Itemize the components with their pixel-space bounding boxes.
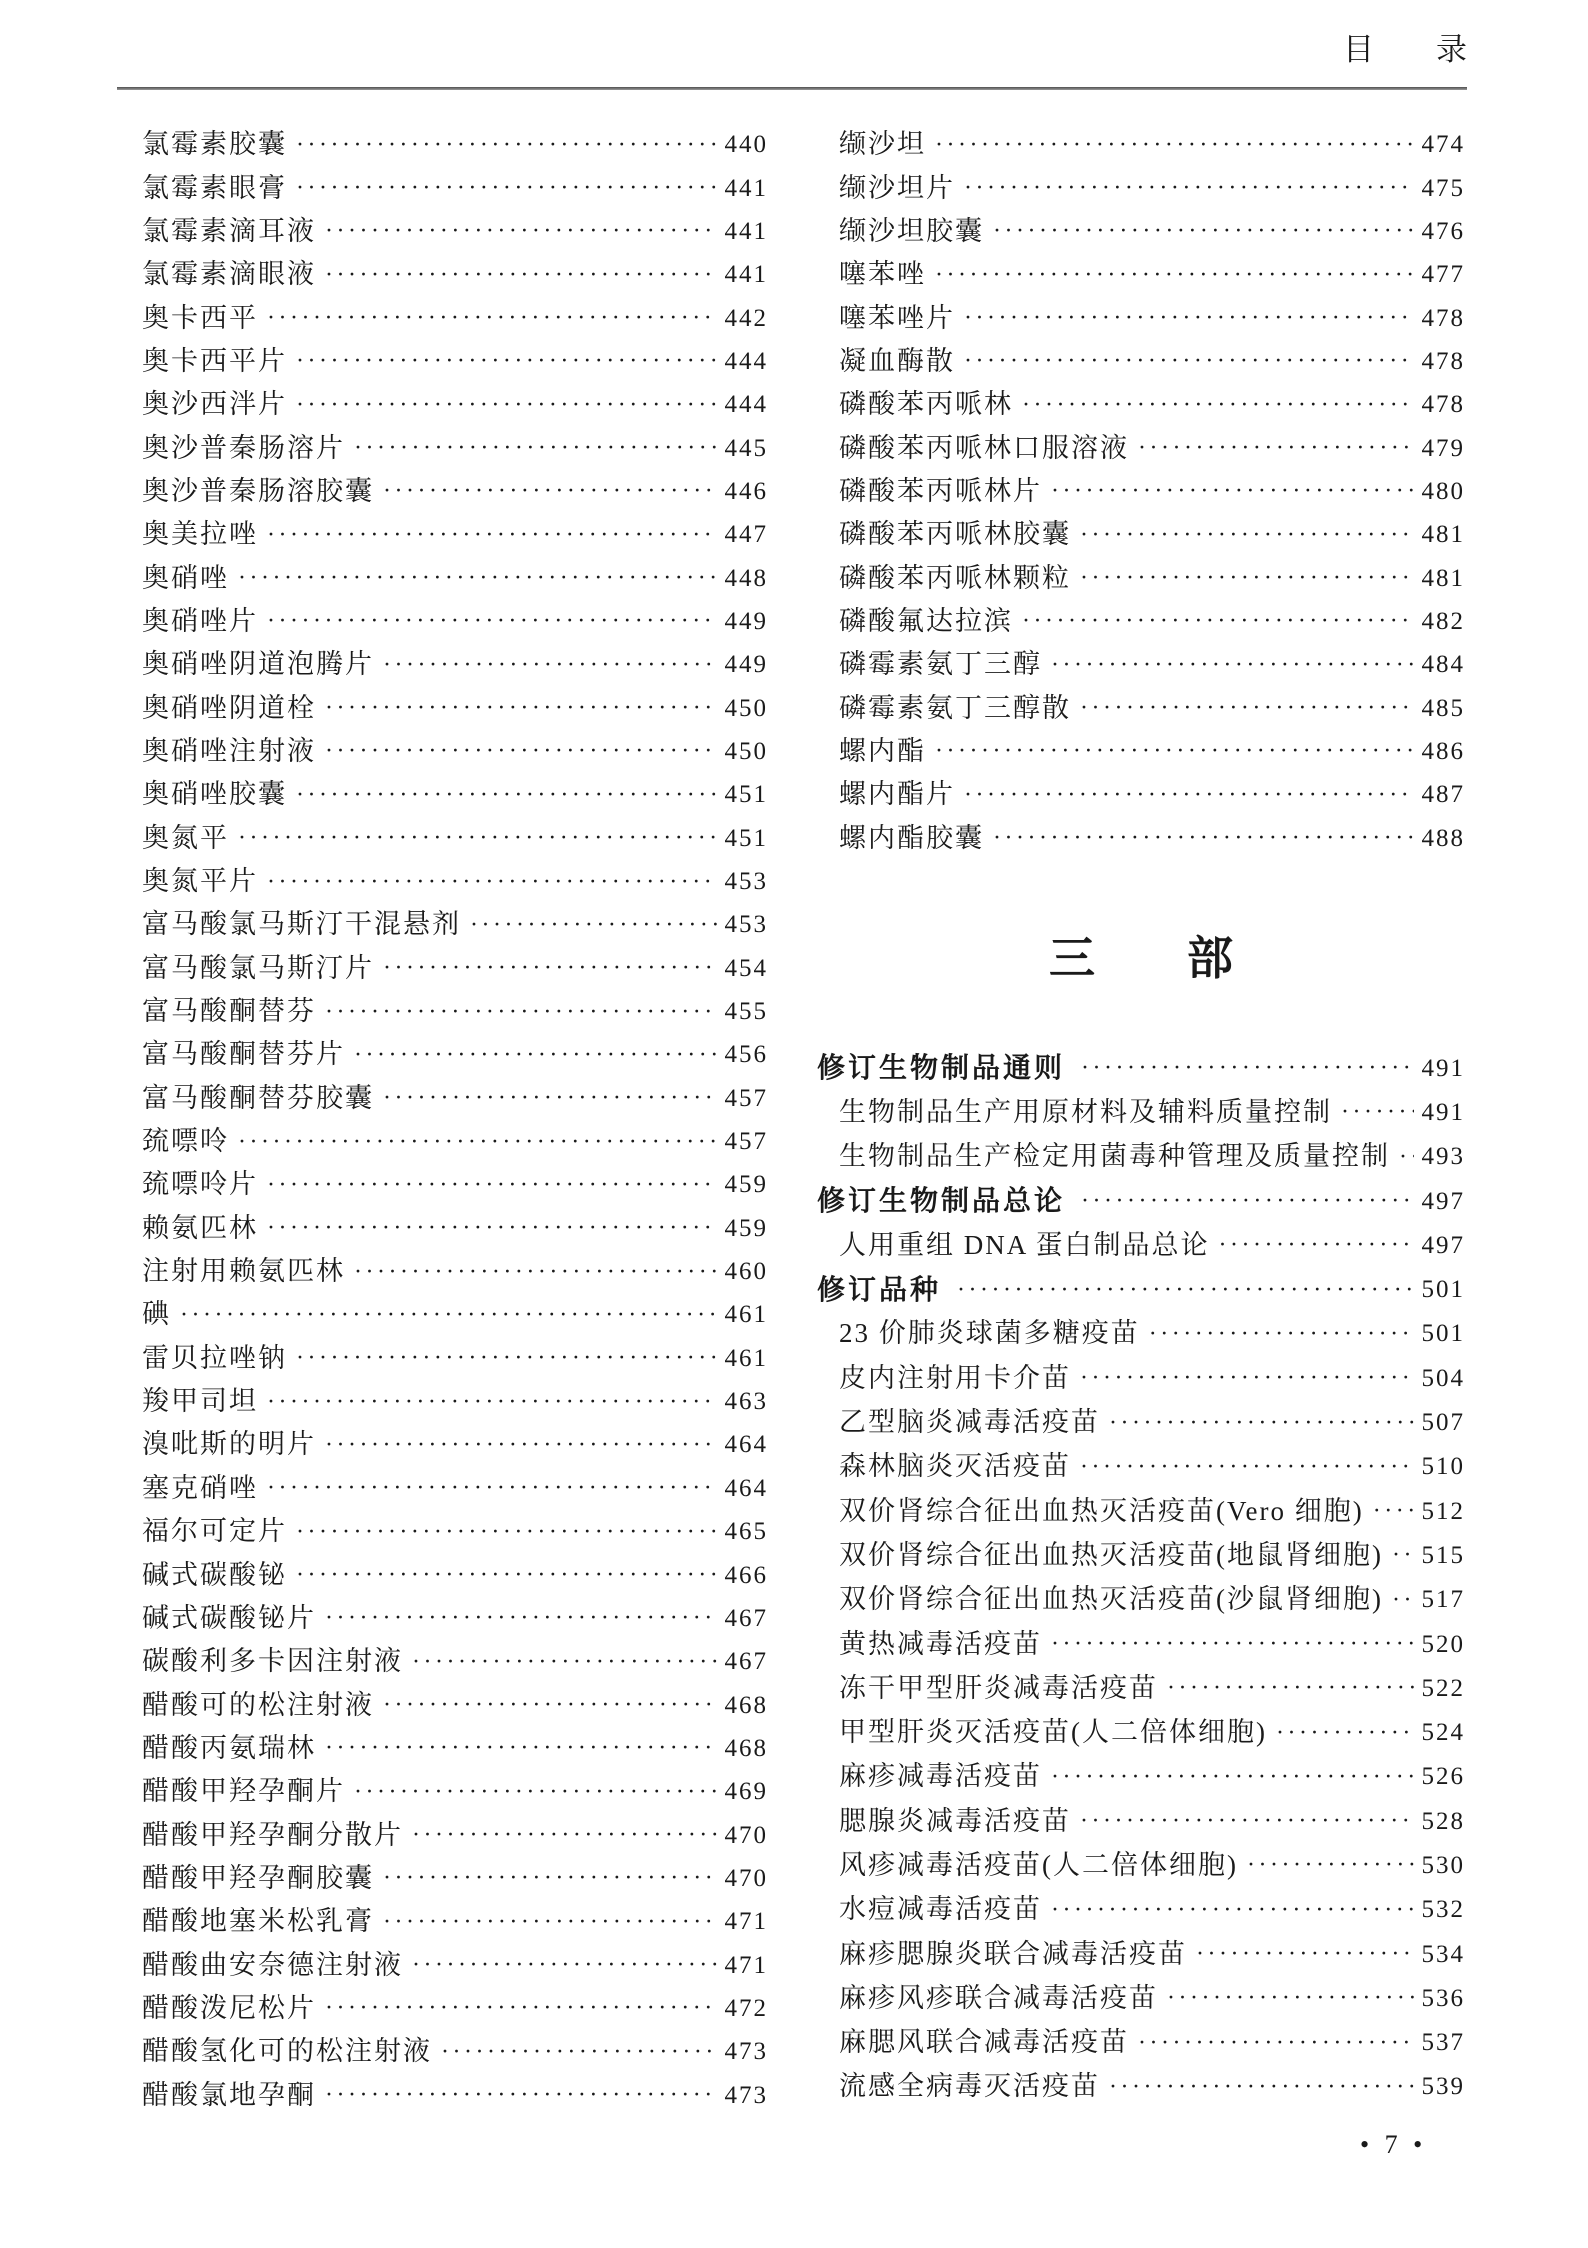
entry-title: 塞克硝唑: [142, 1475, 258, 1502]
toc-entry: 腮腺炎减毒活疫苗528: [817, 1799, 1465, 1843]
dot-leader: [1080, 696, 1414, 720]
toc-left-column: 氯霉素胶囊440氯霉素眼膏441氯霉素滴耳液441氯霉素滴眼液441奥卡西平44…: [120, 123, 768, 2117]
entry-title: 修订生物制品通则: [817, 1054, 1065, 1082]
dot-leader: [1080, 566, 1414, 590]
dot-leader: [1219, 1233, 1414, 1257]
toc-entry: 奥沙普秦肠溶片445: [120, 426, 768, 469]
dot-leader: [325, 739, 717, 763]
dot-leader: [180, 1303, 717, 1327]
dot-leader: [1051, 1632, 1414, 1656]
entry-title: 磷霉素氨丁三醇散: [839, 695, 1071, 722]
entry-page-number: 484: [1422, 652, 1466, 677]
toc-entry: 氯霉素眼膏441: [120, 166, 768, 209]
entry-title: 注射用赖氨匹林: [142, 1258, 345, 1285]
toc-entry: 螺内酯486: [817, 730, 1465, 773]
toc-entry: 富马酸酮替芬片456: [120, 1033, 768, 1076]
entry-page-number: 507: [1422, 1410, 1466, 1435]
entry-title: 乙型脑炎减毒活疫苗: [839, 1409, 1100, 1436]
entry-page-number: 476: [1422, 219, 1466, 244]
toc-entry: 冻干甲型肝炎减毒活疫苗522: [817, 1666, 1465, 1710]
dot-leader: [1081, 1056, 1413, 1080]
toc-right-column-top: 缬沙坦474缬沙坦片475缬沙坦胶囊476噻苯唑477噻苯唑片478凝血酶散47…: [817, 123, 1465, 860]
entry-page-number: 539: [1422, 2074, 1466, 2099]
dot-leader: [296, 1563, 717, 1587]
toc-entry: 凝血酶散478: [817, 340, 1465, 383]
toc-entry: 噻苯唑片478: [817, 296, 1465, 339]
entry-page-number: 471: [725, 1953, 769, 1978]
dot-leader: [1109, 1411, 1414, 1435]
entry-title: 凝血酶散: [839, 348, 955, 375]
entry-title: 缬沙坦胶囊: [839, 218, 984, 245]
dot-leader: [383, 1866, 717, 1890]
dot-leader: [412, 1650, 717, 1674]
entry-page-number: 475: [1422, 176, 1466, 201]
entry-title: 修订品种: [817, 1276, 941, 1304]
dot-leader: [1080, 1455, 1414, 1479]
dot-leader: [354, 1260, 717, 1284]
entry-title: 醋酸氯地孕酮: [142, 2082, 316, 2109]
dot-leader: [296, 1520, 717, 1544]
entry-page-number: 444: [725, 392, 769, 417]
entry-title: 氯霉素滴眼液: [142, 261, 316, 288]
page: 目 录 氯霉素胶囊440氯霉素眼膏441氯霉素滴耳液441氯霉素滴眼液441奥卡…: [0, 0, 1588, 2248]
entry-title: 羧甲司坦: [142, 1388, 258, 1415]
entry-title: 富马酸氯马斯汀干混悬剂: [142, 911, 461, 938]
entry-page-number: 477: [1422, 262, 1466, 287]
entry-page-number: 485: [1422, 696, 1466, 721]
dot-leader: [267, 1173, 717, 1197]
entry-page-number: 461: [725, 1302, 769, 1327]
entry-page-number: 444: [725, 349, 769, 374]
entry-title: 碳酸利多卡因注射液: [142, 1648, 403, 1675]
dot-leader: [1081, 1189, 1413, 1213]
dot-leader: [1080, 523, 1414, 547]
entry-title: 富马酸酮替芬片: [142, 1041, 345, 1068]
dot-leader: [383, 956, 717, 980]
dot-leader: [1051, 1898, 1414, 1922]
toc-entry: 奥卡西平442: [120, 296, 768, 339]
entry-title: 奥氮平片: [142, 868, 258, 895]
dot-leader: [267, 1216, 717, 1240]
dot-leader: [1080, 1366, 1414, 1390]
dot-leader: [296, 393, 717, 417]
entry-title: 23 价肺炎球菌多糖疫苗: [839, 1320, 1140, 1347]
entry-title: 醋酸甲羟孕酮片: [142, 1778, 345, 1805]
entry-page-number: 449: [725, 652, 769, 677]
toc-entry: 碱式碳酸铋466: [120, 1553, 768, 1596]
toc-entry: 氯霉素滴耳液441: [120, 210, 768, 253]
entry-page-number: 528: [1422, 1809, 1466, 1834]
dot-leader: [441, 2040, 717, 2064]
entry-page-number: 470: [725, 1823, 769, 1848]
dot-leader: [964, 349, 1414, 373]
entry-title: 麻疹腮腺炎联合减毒活疫苗: [839, 1941, 1187, 1968]
entry-title: 碱式碳酸铋: [142, 1562, 287, 1589]
entry-page-number: 491: [1422, 1100, 1466, 1125]
entry-page-number: 526: [1422, 1764, 1466, 1789]
entry-page-number: 481: [1422, 566, 1466, 591]
entry-page-number: 447: [725, 522, 769, 547]
entry-title: 黄热减毒活疫苗: [839, 1631, 1042, 1658]
entry-page-number: 486: [1422, 739, 1466, 764]
toc-entry: 磷霉素氨丁三醇散485: [817, 686, 1465, 729]
toc-entry: 碘461: [120, 1293, 768, 1336]
dot-leader: [1080, 1809, 1414, 1833]
entry-page-number: 473: [725, 2039, 769, 2064]
entry-page-number: 440: [725, 132, 769, 157]
dot-leader: [935, 263, 1414, 287]
toc-entry: 人用重组 DNA 蛋白制品总论497: [817, 1223, 1465, 1267]
entry-title: 磷酸苯丙哌林颗粒: [839, 565, 1071, 592]
entry-title: 醋酸可的松注射液: [142, 1692, 374, 1719]
toc-entry: 麻疹腮腺炎联合减毒活疫苗534: [817, 1932, 1465, 1976]
entry-page-number: 453: [725, 869, 769, 894]
dot-leader: [1167, 1986, 1414, 2010]
entry-title: 缬沙坦: [839, 131, 926, 158]
toc-entry: 螺内酯片487: [817, 773, 1465, 816]
entry-title: 奥硝唑胶囊: [142, 781, 287, 808]
toc-entry: 碱式碳酸铋片467: [120, 1597, 768, 1640]
entry-title: 奥卡西平: [142, 305, 258, 332]
toc-entry: 甲型肝炎灭活疫苗(人二倍体细胞)524: [817, 1710, 1465, 1754]
entry-page-number: 480: [1422, 479, 1466, 504]
entry-title: 磷霉素氨丁三醇: [839, 651, 1042, 678]
dot-leader: [325, 1736, 717, 1760]
entry-title: 人用重组 DNA 蛋白制品总论: [839, 1232, 1210, 1259]
entry-page-number: 493: [1422, 1144, 1466, 1169]
dot-leader: [267, 523, 717, 547]
toc-entry: 修订生物制品通则491: [817, 1046, 1465, 1090]
entry-title: 双价肾综合征出血热灭活疫苗(沙鼠肾细胞): [839, 1586, 1383, 1613]
dot-leader: [325, 1996, 717, 2020]
dot-leader: [1373, 1499, 1414, 1523]
entry-page-number: 479: [1422, 436, 1466, 461]
toc-entry: 生物制品生产用原材料及辅料质量控制491: [817, 1090, 1465, 1134]
entry-page-number: 465: [725, 1519, 769, 1544]
dot-leader: [1399, 1145, 1414, 1169]
toc-entry: 磷霉素氨丁三醇484: [817, 643, 1465, 686]
toc-entry: 醋酸甲羟孕酮胶囊470: [120, 1857, 768, 1900]
entry-page-number: 450: [725, 696, 769, 721]
toc-entry: 醋酸氢化可的松注射液473: [120, 2030, 768, 2073]
dot-leader: [1392, 1588, 1414, 1612]
entry-title: 赖氨匹林: [142, 1215, 258, 1242]
entry-title: 噻苯唑: [839, 261, 926, 288]
entry-page-number: 497: [1422, 1189, 1466, 1214]
entry-title: 奥沙普秦肠溶胶囊: [142, 478, 374, 505]
toc-entry: 麻疹风疹联合减毒活疫苗536: [817, 1976, 1465, 2020]
toc-entry: 乙型脑炎减毒活疫苗507: [817, 1400, 1465, 1444]
toc-entry: 醋酸泼尼松片472: [120, 1987, 768, 2030]
entry-title: 麻疹减毒活疫苗: [839, 1763, 1042, 1790]
toc-entry: 雷贝拉唑钠461: [120, 1337, 768, 1380]
dot-leader: [1247, 1853, 1414, 1877]
toc-entry: 氯霉素滴眼液441: [120, 253, 768, 296]
dot-leader: [267, 1476, 717, 1500]
toc-entry: 流感全病毒灭活疫苗539: [817, 2065, 1465, 2109]
entry-page-number: 453: [725, 912, 769, 937]
toc-entry: 奥美拉唑447: [120, 513, 768, 556]
toc-entry: 奥硝唑阴道栓450: [120, 686, 768, 729]
dot-leader: [1022, 609, 1414, 633]
toc-entry: 皮内注射用卡介苗504: [817, 1356, 1465, 1400]
toc-entry: 奥沙西泮片444: [120, 383, 768, 426]
dot-leader: [383, 1086, 717, 1110]
entry-page-number: 449: [725, 609, 769, 634]
toc-entry: 23 价肺炎球菌多糖疫苗501: [817, 1312, 1465, 1356]
dot-leader: [412, 1823, 717, 1847]
entry-title: 氯霉素眼膏: [142, 175, 287, 202]
entry-title: 奥卡西平片: [142, 348, 287, 375]
entry-title: 碱式碳酸铋片: [142, 1605, 316, 1632]
dot-leader: [383, 1910, 717, 1934]
entry-page-number: 467: [725, 1649, 769, 1674]
dot-leader: [1051, 653, 1414, 677]
entry-title: 奥硝唑注射液: [142, 738, 316, 765]
entry-page-number: 534: [1422, 1942, 1466, 1967]
entry-title: 奥美拉唑: [142, 521, 258, 548]
entry-title: 流感全病毒灭活疫苗: [839, 2073, 1100, 2100]
entry-title: 氯霉素胶囊: [142, 131, 287, 158]
toc-entry: 富马酸酮替芬455: [120, 990, 768, 1033]
toc-entry: 黄热减毒活疫苗520: [817, 1622, 1465, 1666]
toc-entry: 缬沙坦片475: [817, 166, 1465, 209]
entry-page-number: 442: [725, 306, 769, 331]
entry-title: 麻疹风疹联合减毒活疫苗: [839, 1985, 1158, 2012]
dot-leader: [412, 1953, 717, 1977]
dot-leader: [1051, 479, 1414, 503]
page-header-title: 目 录: [1343, 24, 1467, 69]
entry-page-number: 474: [1422, 132, 1466, 157]
toc-entry: 奥卡西平片444: [120, 340, 768, 383]
entry-page-number: 450: [725, 739, 769, 764]
dot-leader: [993, 219, 1414, 243]
entry-title: 风疹减毒活疫苗(人二倍体细胞): [839, 1852, 1238, 1879]
entry-page-number: 532: [1422, 1897, 1466, 1922]
entry-title: 巯嘌呤: [142, 1128, 229, 1155]
entry-title: 富马酸酮替芬: [142, 998, 316, 1025]
entry-page-number: 441: [725, 219, 769, 244]
toc-entry: 奥沙普秦肠溶胶囊446: [120, 470, 768, 513]
entry-page-number: 478: [1422, 392, 1466, 417]
dot-leader: [354, 1780, 717, 1804]
entry-page-number: 466: [725, 1563, 769, 1588]
entry-title: 富马酸酮替芬胶囊: [142, 1085, 374, 1112]
entry-page-number: 457: [725, 1129, 769, 1154]
dot-leader: [964, 783, 1414, 807]
entry-page-number: 456: [725, 1042, 769, 1067]
dot-leader: [267, 870, 717, 894]
entry-page-number: 497: [1422, 1233, 1466, 1258]
dot-leader: [267, 306, 717, 330]
toc-entry: 水痘减毒活疫苗532: [817, 1888, 1465, 1932]
dot-leader: [1109, 2075, 1414, 2099]
entry-page-number: 464: [725, 1432, 769, 1457]
entry-title: 醋酸地塞米松乳膏: [142, 1908, 374, 1935]
toc-entry: 奥氮平451: [120, 817, 768, 860]
toc-entry: 赖氨匹林459: [120, 1207, 768, 1250]
toc-entry: 塞克硝唑464: [120, 1467, 768, 1510]
toc-entry: 巯嘌呤457: [120, 1120, 768, 1163]
part-three-heading: 三 部: [817, 922, 1465, 988]
toc-entry: 缬沙坦胶囊476: [817, 210, 1465, 253]
toc-entry: 福尔可定片465: [120, 1510, 768, 1553]
entry-title: 森林脑炎灭活疫苗: [839, 1453, 1071, 1480]
entry-page-number: 515: [1422, 1543, 1466, 1568]
toc-entry: 麻腮风联合减毒活疫苗537: [817, 2021, 1465, 2065]
dot-leader: [296, 176, 717, 200]
toc-entry: 磷酸苯丙哌林478: [817, 383, 1465, 426]
entry-title: 磷酸苯丙哌林口服溶液: [839, 435, 1129, 462]
entry-page-number: 448: [725, 566, 769, 591]
entry-title: 磷酸氟达拉滨: [839, 608, 1013, 635]
toc-entry: 修订品种501: [817, 1267, 1465, 1311]
dot-leader: [1138, 2031, 1414, 2055]
dot-leader: [238, 566, 717, 590]
toc-entry: 溴吡斯的明片464: [120, 1423, 768, 1466]
toc-entry: 富马酸氯马斯汀干混悬剂453: [120, 903, 768, 946]
entry-title: 磷酸苯丙哌林胶囊: [839, 521, 1071, 548]
dot-leader: [296, 133, 717, 157]
entry-title: 螺内酯: [839, 738, 926, 765]
entry-title: 螺内酯片: [839, 781, 955, 808]
toc-entry: 醋酸氯地孕酮473: [120, 2073, 768, 2116]
toc-entry: 奥硝唑注射液450: [120, 730, 768, 773]
dot-leader: [470, 913, 717, 937]
toc-entry: 麻疹减毒活疫苗526: [817, 1755, 1465, 1799]
entry-page-number: 454: [725, 956, 769, 981]
dot-leader: [1196, 1942, 1414, 1966]
toc-entry: 注射用赖氨匹林460: [120, 1250, 768, 1293]
dot-leader: [325, 2083, 717, 2107]
dot-leader: [1022, 393, 1414, 417]
dot-leader: [964, 306, 1414, 330]
entry-title: 奥硝唑阴道泡腾片: [142, 651, 374, 678]
entry-page-number: 501: [1422, 1321, 1466, 1346]
entry-title: 碘: [142, 1301, 171, 1328]
entry-page-number: 459: [725, 1216, 769, 1241]
entry-page-number: 471: [725, 1909, 769, 1934]
dot-leader: [296, 783, 717, 807]
entry-page-number: 468: [725, 1736, 769, 1761]
entry-page-number: 524: [1422, 1720, 1466, 1745]
entry-page-number: 451: [725, 782, 769, 807]
toc-entry: 缬沙坦474: [817, 123, 1465, 166]
entry-title: 修订生物制品总论: [817, 1187, 1065, 1215]
entry-title: 奥硝唑: [142, 565, 229, 592]
entry-page-number: 510: [1422, 1454, 1466, 1479]
entry-title: 醋酸曲安奈德注射液: [142, 1952, 403, 1979]
dot-leader: [354, 436, 717, 460]
dot-leader: [383, 653, 717, 677]
toc-entry: 磷酸苯丙哌林片480: [817, 470, 1465, 513]
entry-title: 双价肾综合征出血热灭活疫苗(地鼠肾细胞): [839, 1542, 1383, 1569]
toc-entry: 氯霉素胶囊440: [120, 123, 768, 166]
entry-title: 奥沙西泮片: [142, 391, 287, 418]
entry-title: 富马酸氯马斯汀片: [142, 955, 374, 982]
entry-title: 生物制品生产用原材料及辅料质量控制: [839, 1099, 1332, 1126]
entry-page-number: 478: [1422, 349, 1466, 374]
entry-title: 雷贝拉唑钠: [142, 1345, 287, 1372]
entry-page-number: 501: [1422, 1277, 1466, 1302]
dot-leader: [1138, 436, 1414, 460]
toc-entry: 磷酸氟达拉滨482: [817, 600, 1465, 643]
entry-title: 皮内注射用卡介苗: [839, 1365, 1071, 1392]
toc-entry: 森林脑炎灭活疫苗510: [817, 1445, 1465, 1489]
entry-page-number: 520: [1422, 1632, 1466, 1657]
dot-leader: [325, 263, 717, 287]
entry-title: 醋酸甲羟孕酮分散片: [142, 1822, 403, 1849]
toc-entry: 噻苯唑477: [817, 253, 1465, 296]
toc-entry: 富马酸酮替芬胶囊457: [120, 1077, 768, 1120]
dot-leader: [325, 1000, 717, 1024]
entry-page-number: 468: [725, 1693, 769, 1718]
dot-leader: [383, 1693, 717, 1717]
toc-entry: 磷酸苯丙哌林颗粒481: [817, 556, 1465, 599]
dot-leader: [957, 1278, 1413, 1302]
toc-entry: 奥硝唑448: [120, 556, 768, 599]
entry-title: 奥硝唑片: [142, 608, 258, 635]
entry-title: 溴吡斯的明片: [142, 1431, 316, 1458]
dot-leader: [935, 739, 1414, 763]
toc-entry: 双价肾综合征出血热灭活疫苗(Vero 细胞)512: [817, 1489, 1465, 1533]
dot-leader: [935, 133, 1414, 157]
entry-title: 螺内酯胶囊: [839, 825, 984, 852]
entry-page-number: 512: [1422, 1499, 1466, 1524]
toc-entry: 醋酸甲羟孕酮片469: [120, 1770, 768, 1813]
entry-page-number: 473: [725, 2083, 769, 2108]
entry-title: 腮腺炎减毒活疫苗: [839, 1808, 1071, 1835]
page-number-footer: • 7 •: [1360, 2130, 1422, 2160]
entry-title: 磷酸苯丙哌林片: [839, 478, 1042, 505]
entry-page-number: 459: [725, 1172, 769, 1197]
entry-title: 氯霉素滴耳液: [142, 218, 316, 245]
toc-entry: 奥硝唑阴道泡腾片449: [120, 643, 768, 686]
entry-title: 醋酸氢化可的松注射液: [142, 2038, 432, 2065]
toc-entry: 奥氮平片453: [120, 860, 768, 903]
entry-title: 水痘减毒活疫苗: [839, 1896, 1042, 1923]
entry-page-number: 446: [725, 479, 769, 504]
entry-title: 醋酸丙氨瑞林: [142, 1735, 316, 1762]
dot-leader: [1276, 1721, 1414, 1745]
entry-page-number: 488: [1422, 826, 1466, 851]
entry-page-number: 461: [725, 1346, 769, 1371]
entry-page-number: 482: [1422, 609, 1466, 634]
entry-page-number: 491: [1422, 1056, 1466, 1081]
dot-leader: [238, 826, 717, 850]
entry-page-number: 464: [725, 1476, 769, 1501]
entry-title: 醋酸甲羟孕酮胶囊: [142, 1865, 374, 1892]
dot-leader: [383, 479, 717, 503]
entry-page-number: 537: [1422, 2030, 1466, 2055]
dot-leader: [325, 1606, 717, 1630]
entry-page-number: 457: [725, 1086, 769, 1111]
dot-leader: [296, 1346, 717, 1370]
toc-entry: 醋酸地塞米松乳膏471: [120, 1900, 768, 1943]
entry-title: 巯嘌呤片: [142, 1171, 258, 1198]
entry-title: 福尔可定片: [142, 1518, 287, 1545]
entry-title: 冻干甲型肝炎减毒活疫苗: [839, 1675, 1158, 1702]
entry-page-number: 460: [725, 1259, 769, 1284]
toc-entry: 螺内酯胶囊488: [817, 817, 1465, 860]
toc-entry: 巯嘌呤片459: [120, 1163, 768, 1206]
entry-title: 磷酸苯丙哌林: [839, 391, 1013, 418]
entry-title: 甲型肝炎灭活疫苗(人二倍体细胞): [839, 1719, 1267, 1746]
toc-entry: 磷酸苯丙哌林口服溶液479: [817, 426, 1465, 469]
entry-page-number: 481: [1422, 522, 1466, 547]
toc-right-column-bottom: 修订生物制品通则491生物制品生产用原材料及辅料质量控制491生物制品生产检定用…: [817, 1046, 1465, 2109]
toc-entry: 醋酸曲安奈德注射液471: [120, 1943, 768, 1986]
